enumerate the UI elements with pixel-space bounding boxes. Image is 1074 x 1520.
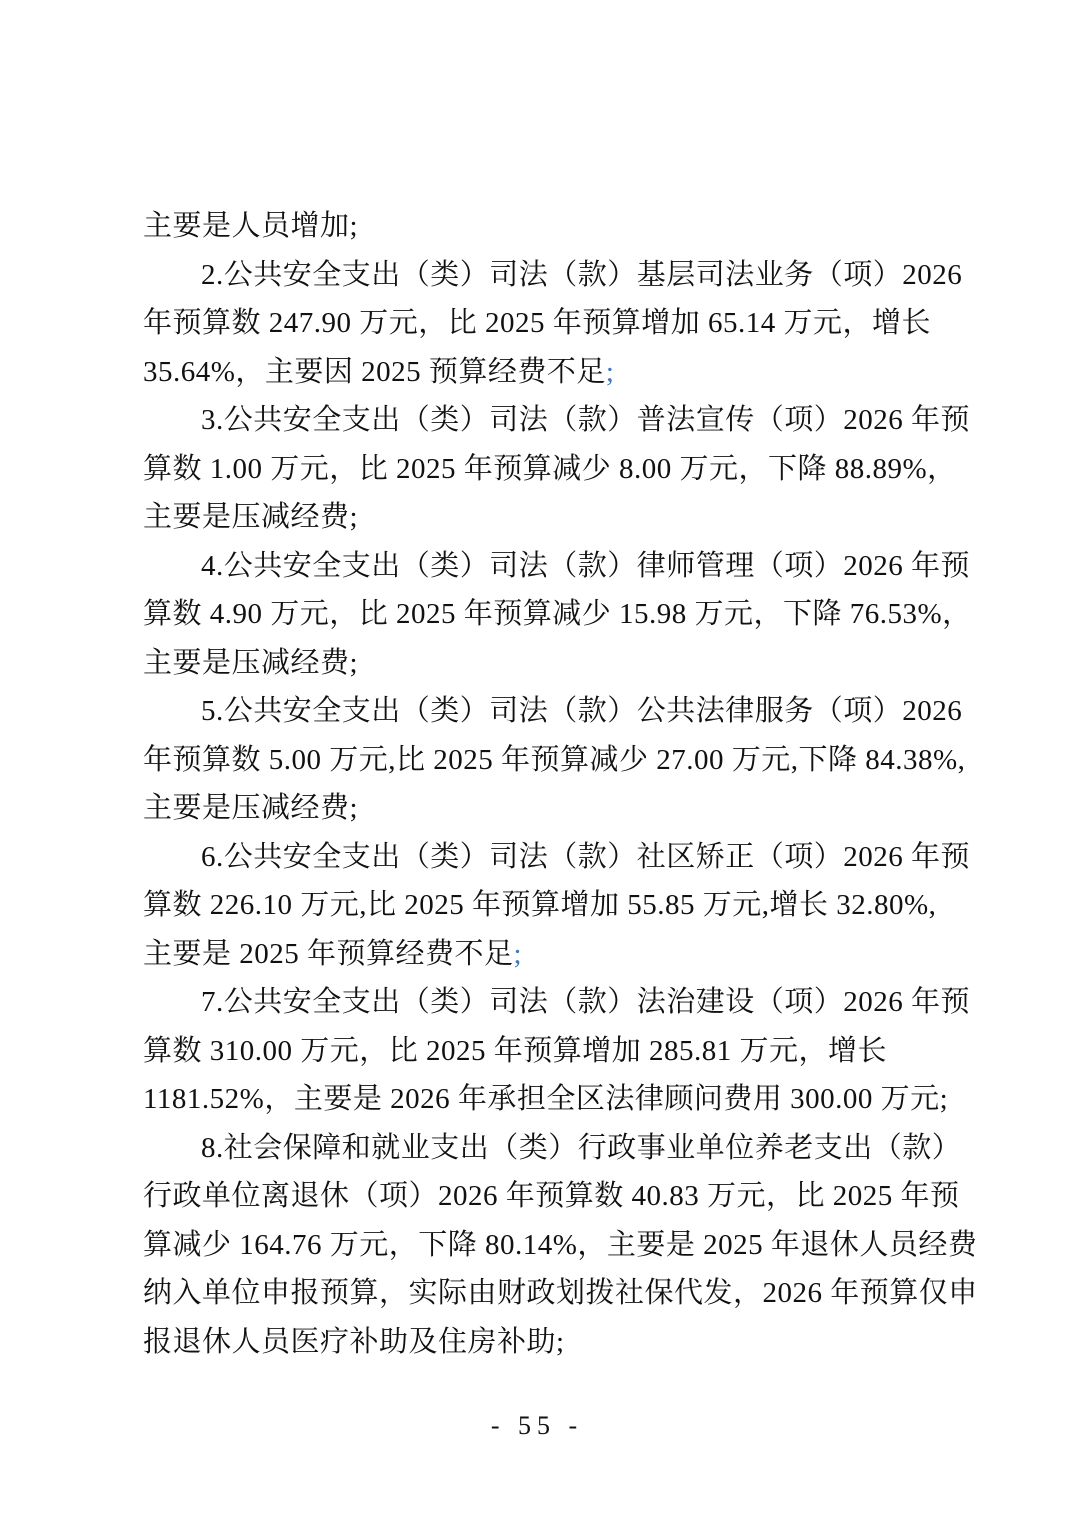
text-line: 35.64%，主要因 2025 预算经费不足; xyxy=(143,348,943,397)
text-line-content: 8.社会保障和就业支出（类）行政事业单位养老支出（款） xyxy=(201,1132,961,1164)
text-line-content: 6.公共安全支出（类）司法（款）社区矫正（项）2026 年预 xyxy=(201,841,970,873)
paragraph: 3.公共安全支出（类）司法（款）普法宣传（项）2026 年预算数 1.00 万元… xyxy=(143,396,943,542)
text-line-content: 算数 226.10 万元,比 2025 年预算增加 55.85 万元,增长 32… xyxy=(143,889,936,921)
text-line-content: 年预算数 5.00 万元,比 2025 年预算减少 27.00 万元,下降 84… xyxy=(143,744,965,776)
text-line: 2.公共安全支出（类）司法（款）基层司法业务（项）2026 xyxy=(143,251,943,300)
text-line: 3.公共安全支出（类）司法（款）普法宣传（项）2026 年预 xyxy=(143,396,943,445)
text-line-content: 主要是 2025 年预算经费不足 xyxy=(143,938,514,970)
paragraph: 主要是人员增加; xyxy=(143,202,943,251)
text-line: 算数 226.10 万元,比 2025 年预算增加 55.85 万元,增长 32… xyxy=(143,881,943,930)
text-line-content: 算数 1.00 万元，比 2025 年预算减少 8.00 万元，下降 88.89… xyxy=(143,453,957,485)
text-line: 主要是人员增加; xyxy=(143,202,943,251)
page-footer: - 55 - xyxy=(0,1410,1074,1442)
paragraph: 2.公共安全支出（类）司法（款）基层司法业务（项）2026年预算数 247.90… xyxy=(143,251,943,397)
text-line-content: 主要是人员增加; xyxy=(143,210,358,242)
text-line-content: 2.公共安全支出（类）司法（款）基层司法业务（项）2026 xyxy=(201,259,962,291)
text-line: 行政单位离退休（项）2026 年预算数 40.83 万元，比 2025 年预 xyxy=(143,1172,943,1221)
text-line: 主要是压减经费; xyxy=(143,784,943,833)
text-line-content: 1181.52%，主要是 2026 年承担全区法律顾问费用 300.00 万元; xyxy=(143,1083,948,1115)
text-line-content: 行政单位离退休（项）2026 年预算数 40.83 万元，比 2025 年预 xyxy=(143,1180,960,1212)
text-line: 年预算数 5.00 万元,比 2025 年预算减少 27.00 万元,下降 84… xyxy=(143,736,943,785)
text-line: 主要是 2025 年预算经费不足; xyxy=(143,930,943,979)
highlighted-semicolon: ; xyxy=(606,356,615,388)
text-line: 算减少 164.76 万元，下降 80.14%，主要是 2025 年退休人员经费 xyxy=(143,1221,943,1270)
text-line: 算数 310.00 万元，比 2025 年预算增加 285.81 万元，增长 xyxy=(143,1027,943,1076)
text-line: 5.公共安全支出（类）司法（款）公共法律服务（项）2026 xyxy=(143,687,943,736)
text-line-content: 3.公共安全支出（类）司法（款）普法宣传（项）2026 年预 xyxy=(201,404,970,436)
highlighted-semicolon: ; xyxy=(514,938,523,970)
page-number: - 55 - xyxy=(491,1411,583,1440)
text-line-content: 算数 310.00 万元，比 2025 年预算增加 285.81 万元，增长 xyxy=(143,1035,887,1067)
text-line: 纳入单位申报预算，实际由财政划拨社保代发，2026 年预算仅申 xyxy=(143,1269,943,1318)
text-line: 年预算数 247.90 万元，比 2025 年预算增加 65.14 万元，增长 xyxy=(143,299,943,348)
text-line-content: 主要是压减经费; xyxy=(143,501,358,533)
text-line-content: 主要是压减经费; xyxy=(143,792,358,824)
paragraph: 5.公共安全支出（类）司法（款）公共法律服务（项）2026年预算数 5.00 万… xyxy=(143,687,943,833)
text-line: 8.社会保障和就业支出（类）行政事业单位养老支出（款） xyxy=(143,1124,943,1173)
paragraph: 4.公共安全支出（类）司法（款）律师管理（项）2026 年预算数 4.90 万元… xyxy=(143,542,943,688)
text-line-content: 算减少 164.76 万元，下降 80.14%，主要是 2025 年退休人员经费 xyxy=(143,1229,977,1261)
document-page: 主要是人员增加;2.公共安全支出（类）司法（款）基层司法业务（项）2026年预算… xyxy=(0,0,1074,1520)
text-line: 算数 1.00 万元，比 2025 年预算减少 8.00 万元，下降 88.89… xyxy=(143,445,943,494)
text-line-content: 算数 4.90 万元，比 2025 年预算减少 15.98 万元，下降 76.5… xyxy=(143,598,972,630)
text-line-content: 纳入单位申报预算，实际由财政划拨社保代发，2026 年预算仅申 xyxy=(143,1277,978,1309)
text-line-content: 35.64%，主要因 2025 预算经费不足 xyxy=(143,356,606,388)
text-line: 算数 4.90 万元，比 2025 年预算减少 15.98 万元，下降 76.5… xyxy=(143,590,943,639)
text-line: 主要是压减经费; xyxy=(143,639,943,688)
text-line-content: 报退休人员医疗补助及住房补助; xyxy=(143,1326,565,1358)
text-line: 1181.52%，主要是 2026 年承担全区法律顾问费用 300.00 万元; xyxy=(143,1075,943,1124)
text-line: 4.公共安全支出（类）司法（款）律师管理（项）2026 年预 xyxy=(143,542,943,591)
document-body: 主要是人员增加;2.公共安全支出（类）司法（款）基层司法业务（项）2026年预算… xyxy=(143,202,943,1366)
text-line: 6.公共安全支出（类）司法（款）社区矫正（项）2026 年预 xyxy=(143,833,943,882)
paragraph: 7.公共安全支出（类）司法（款）法治建设（项）2026 年预算数 310.00 … xyxy=(143,978,943,1124)
text-line-content: 5.公共安全支出（类）司法（款）公共法律服务（项）2026 xyxy=(201,695,962,727)
paragraph: 8.社会保障和就业支出（类）行政事业单位养老支出（款）行政单位离退休（项）202… xyxy=(143,1124,943,1367)
text-line: 报退休人员医疗补助及住房补助; xyxy=(143,1318,943,1367)
text-line-content: 年预算数 247.90 万元，比 2025 年预算增加 65.14 万元，增长 xyxy=(143,307,931,339)
text-line-content: 7.公共安全支出（类）司法（款）法治建设（项）2026 年预 xyxy=(201,986,970,1018)
text-line-content: 4.公共安全支出（类）司法（款）律师管理（项）2026 年预 xyxy=(201,550,970,582)
text-line: 主要是压减经费; xyxy=(143,493,943,542)
text-line: 7.公共安全支出（类）司法（款）法治建设（项）2026 年预 xyxy=(143,978,943,1027)
text-line-content: 主要是压减经费; xyxy=(143,647,358,679)
paragraph: 6.公共安全支出（类）司法（款）社区矫正（项）2026 年预算数 226.10 … xyxy=(143,833,943,979)
